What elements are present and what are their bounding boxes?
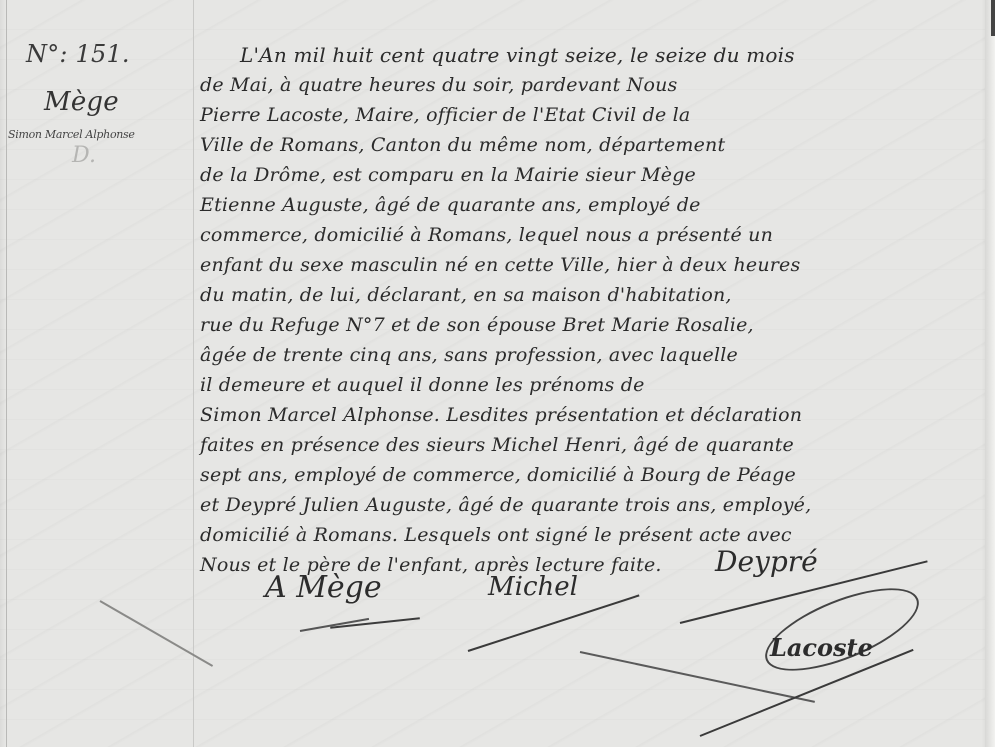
signature-witness-deypre: Deypré [715,545,818,578]
text-line: L'An mil huit cent quatre vingt seize, l… [196,40,986,70]
text-line: faites en présence des sieurs Michel Hen… [196,430,986,460]
text-line: sept ans, employé de commerce, domicilié… [196,460,986,490]
signature-father: A Mège [265,570,382,605]
register-page: N°: 151. Mège Simon Marcel Alphonse D. L… [0,0,995,747]
page-edge-shadow [991,0,995,36]
signature-flourish [468,594,640,652]
text-line: de la Drôme, est comparu en la Mairie si… [196,160,986,190]
text-line: enfant du sexe masculin né en cette Vill… [196,250,986,280]
signature-mayor: Lacoste [770,633,873,662]
ink-stroke [100,600,214,667]
page-edge [985,0,995,747]
signature-witness-michel: Michel [488,572,578,602]
text-line: domicilié à Romans. Lesquels ont signé l… [196,520,986,550]
text-line: de Mai, à quatre heures du soir, pardeva… [196,70,986,100]
binding-rule [6,0,7,747]
text-line: Pierre Lacoste, Maire, officier de l'Eta… [196,100,986,130]
margin-given-names: Simon Marcel Alphonse [8,128,135,141]
margin-surname: Mège [44,87,119,117]
margin-mark: D. [72,143,96,168]
text-line: Etienne Auguste, âgé de quarante ans, em… [196,190,986,220]
text-line: rue du Refuge N°7 et de son épouse Bret … [196,310,986,340]
act-text: L'An mil huit cent quatre vingt seize, l… [196,40,986,580]
signature-flourish-loop [755,571,929,687]
margin-rule [193,0,194,747]
text-line: il demeure et auquel il donne les prénom… [196,370,986,400]
text-line: du matin, de lui, déclarant, en sa maiso… [196,280,986,310]
entry-number: N°: 151. [26,40,130,68]
text-line: Ville de Romans, Canton du même nom, dép… [196,130,986,160]
text-line: et Deypré Julien Auguste, âgé de quarant… [196,490,986,520]
text-line: âgée de trente cinq ans, sans profession… [196,340,986,370]
text-line: commerce, domicilié à Romans, lequel nou… [196,220,986,250]
text-line: Simon Marcel Alphonse. Lesdites présenta… [196,400,986,430]
